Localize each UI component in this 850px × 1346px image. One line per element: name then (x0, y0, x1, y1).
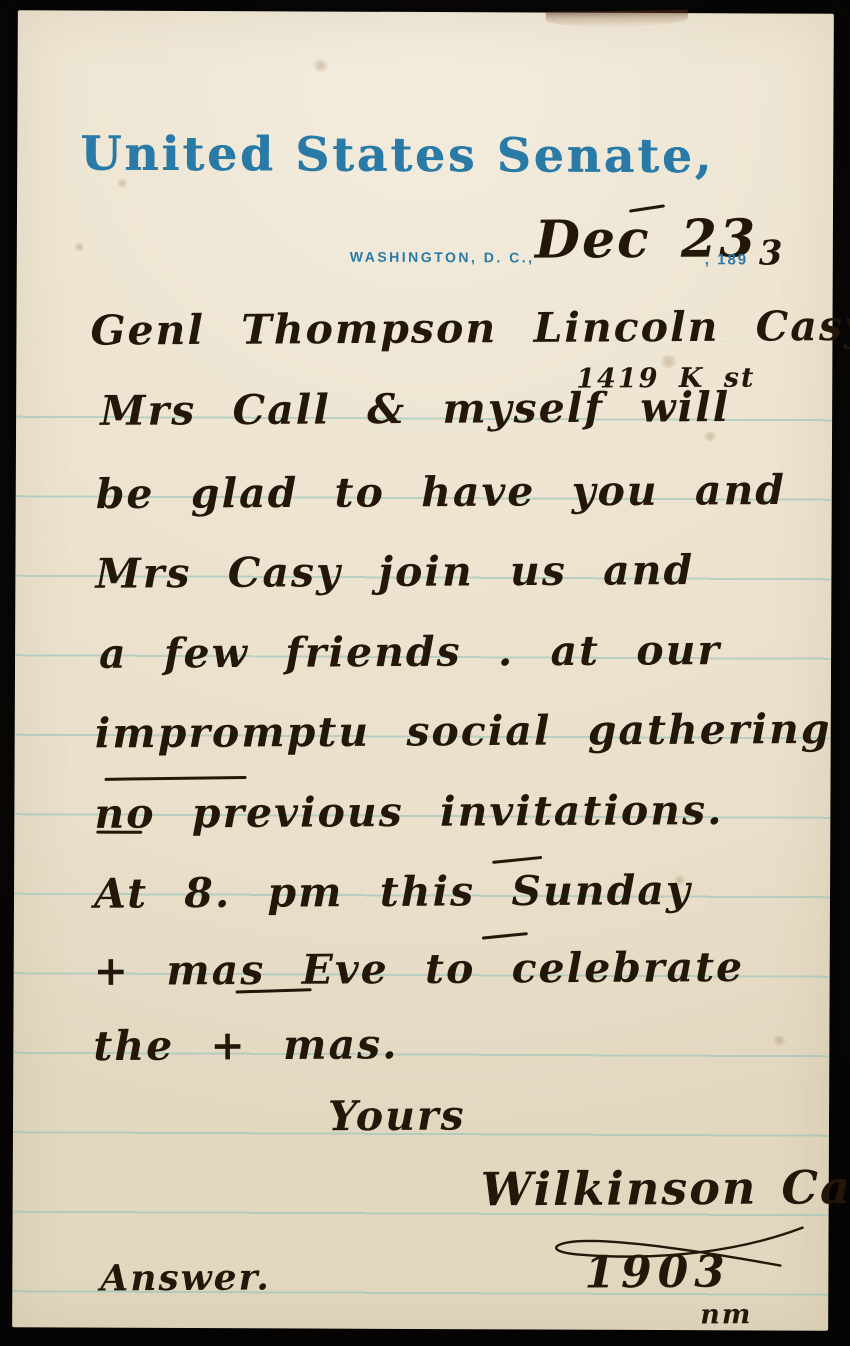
letter-line: be glad to have you and (96, 466, 786, 518)
annotation-year: 1903 (584, 1247, 731, 1299)
letter-line: a few friends . at our (99, 626, 721, 678)
overline-stroke (482, 932, 528, 940)
foxing-spot (314, 60, 328, 72)
letter-line: the + mas. (93, 1020, 398, 1070)
letter-line: no previous invitations. (94, 786, 723, 838)
underline-stroke (96, 831, 142, 834)
annotation-answer: Answer. (100, 1256, 271, 1299)
underline-stroke (105, 776, 247, 781)
letterhead-place: WASHINGTON, D. C., (350, 249, 535, 266)
annotation-initials: nm (700, 1299, 752, 1330)
letter-line: impromptu social gathering (95, 705, 832, 757)
foxing-spot (773, 1036, 785, 1046)
handwritten-year-digit: 3 (759, 233, 785, 273)
closing: Yours (328, 1091, 466, 1140)
signature: Wilkinson Call (481, 1160, 850, 1217)
letter-line: Mrs Casy join us and (95, 546, 694, 598)
fold-crease (546, 10, 688, 28)
foxing-spot (75, 242, 84, 251)
letter-paper: United States Senate, WASHINGTON, D. C.,… (12, 10, 834, 1331)
letter-line: Mrs Call & myself will (100, 383, 730, 435)
letter-line-recipient: Genl Thompson Lincoln Casy (90, 302, 850, 355)
letter-line: + mas Eve to celebrate (94, 943, 745, 995)
letter-line: At 8. pm this Sunday (94, 866, 692, 918)
printed-year-prefix: , 189 (705, 251, 748, 268)
letterhead-title: United States Senate, (0, 126, 805, 185)
overline-stroke (492, 856, 542, 864)
foxing-spot (704, 431, 716, 441)
